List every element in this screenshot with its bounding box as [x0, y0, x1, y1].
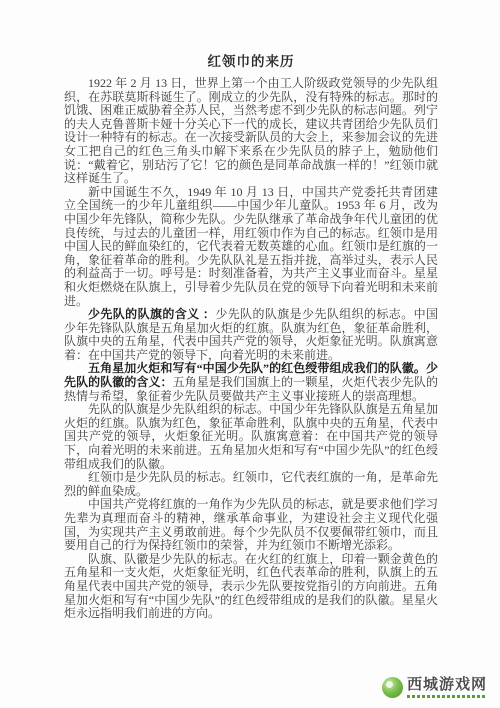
paragraph: 1922 年 2 月 13 日，世界上第一个由工人阶级政党领导的少先队组织，在苏…: [64, 77, 438, 186]
paragraph-text: 队旗、队徽是少先队的标志。在火红的红旗上，印着一颗金黄色的五角星和一支火炬，火炬…: [64, 552, 438, 620]
document-title: 红领巾的来历: [64, 50, 438, 70]
paragraph: 中国共产党将红旗的一角作为少先队员的标志，就是要求他们学习先辈为真理而奋斗的精神…: [64, 498, 438, 552]
site-watermark: 西城游戏网: [382, 676, 487, 698]
paragraph: 新中国诞生不久，1949 年 10 月 13 日，中国共产党委托共青团建立全国统…: [64, 186, 438, 308]
icon-glint: [386, 681, 393, 688]
paragraph-text: 先队的队旗是少先队组织的标志。中国少年先锋队队旗是五角星加火炬的红旗。队旗为红色…: [64, 402, 438, 470]
paragraph-text: 新中国诞生不久，1949 年 10 月 13 日，中国共产党委托共青团建立全国统…: [64, 185, 438, 308]
green-globe-icon: [382, 677, 403, 698]
paragraph-text: 中国共产党将红旗的一角作为少先队员的标志，就是要求他们学习先辈为真理而奋斗的精神…: [64, 497, 438, 552]
paragraph-bold-lead: 少先队的队旗的含义 ：: [88, 307, 215, 321]
paragraph-text: 1922 年 2 月 13 日，世界上第一个由工人阶级政党领导的少先队组织，在苏…: [64, 76, 438, 185]
paragraph-text: 红领巾是少先队员的标志。红领巾，它代表红旗的一角，是革命先烈的鲜血染成。: [64, 470, 438, 498]
paragraph: 队旗、队徽是少先队的标志。在火红的红旗上，印着一颗金黄色的五角星和一支火炬，火炬…: [64, 553, 438, 621]
site-name: 西城游戏网: [407, 676, 487, 693]
paragraph: 五角星加火炬和写有“中国少先队”的红色绶带组成我们的队徽。少先队的队徽的含义：五…: [64, 362, 438, 403]
document-page: 红领巾的来历 1922 年 2 月 13 日，世界上第一个由工人阶级政党领导的少…: [0, 0, 500, 708]
document-body: 1922 年 2 月 13 日，世界上第一个由工人阶级政党领导的少先队组织，在苏…: [64, 77, 438, 621]
watermark-tagline-bar: [407, 695, 487, 698]
paragraph: 先队的队旗是少先队组织的标志。中国少年先锋队队旗是五角星加火炬的红旗。队旗为红色…: [64, 403, 438, 471]
paragraph: 少先队的队旗的含义 ：少先队的队旗是少先队组织的标志。中国少年先锋队队旗是五角星…: [64, 308, 438, 362]
paragraph: 红领巾是少先队员的标志。红领巾，它代表红旗的一角，是革命先烈的鲜血染成。: [64, 471, 438, 498]
